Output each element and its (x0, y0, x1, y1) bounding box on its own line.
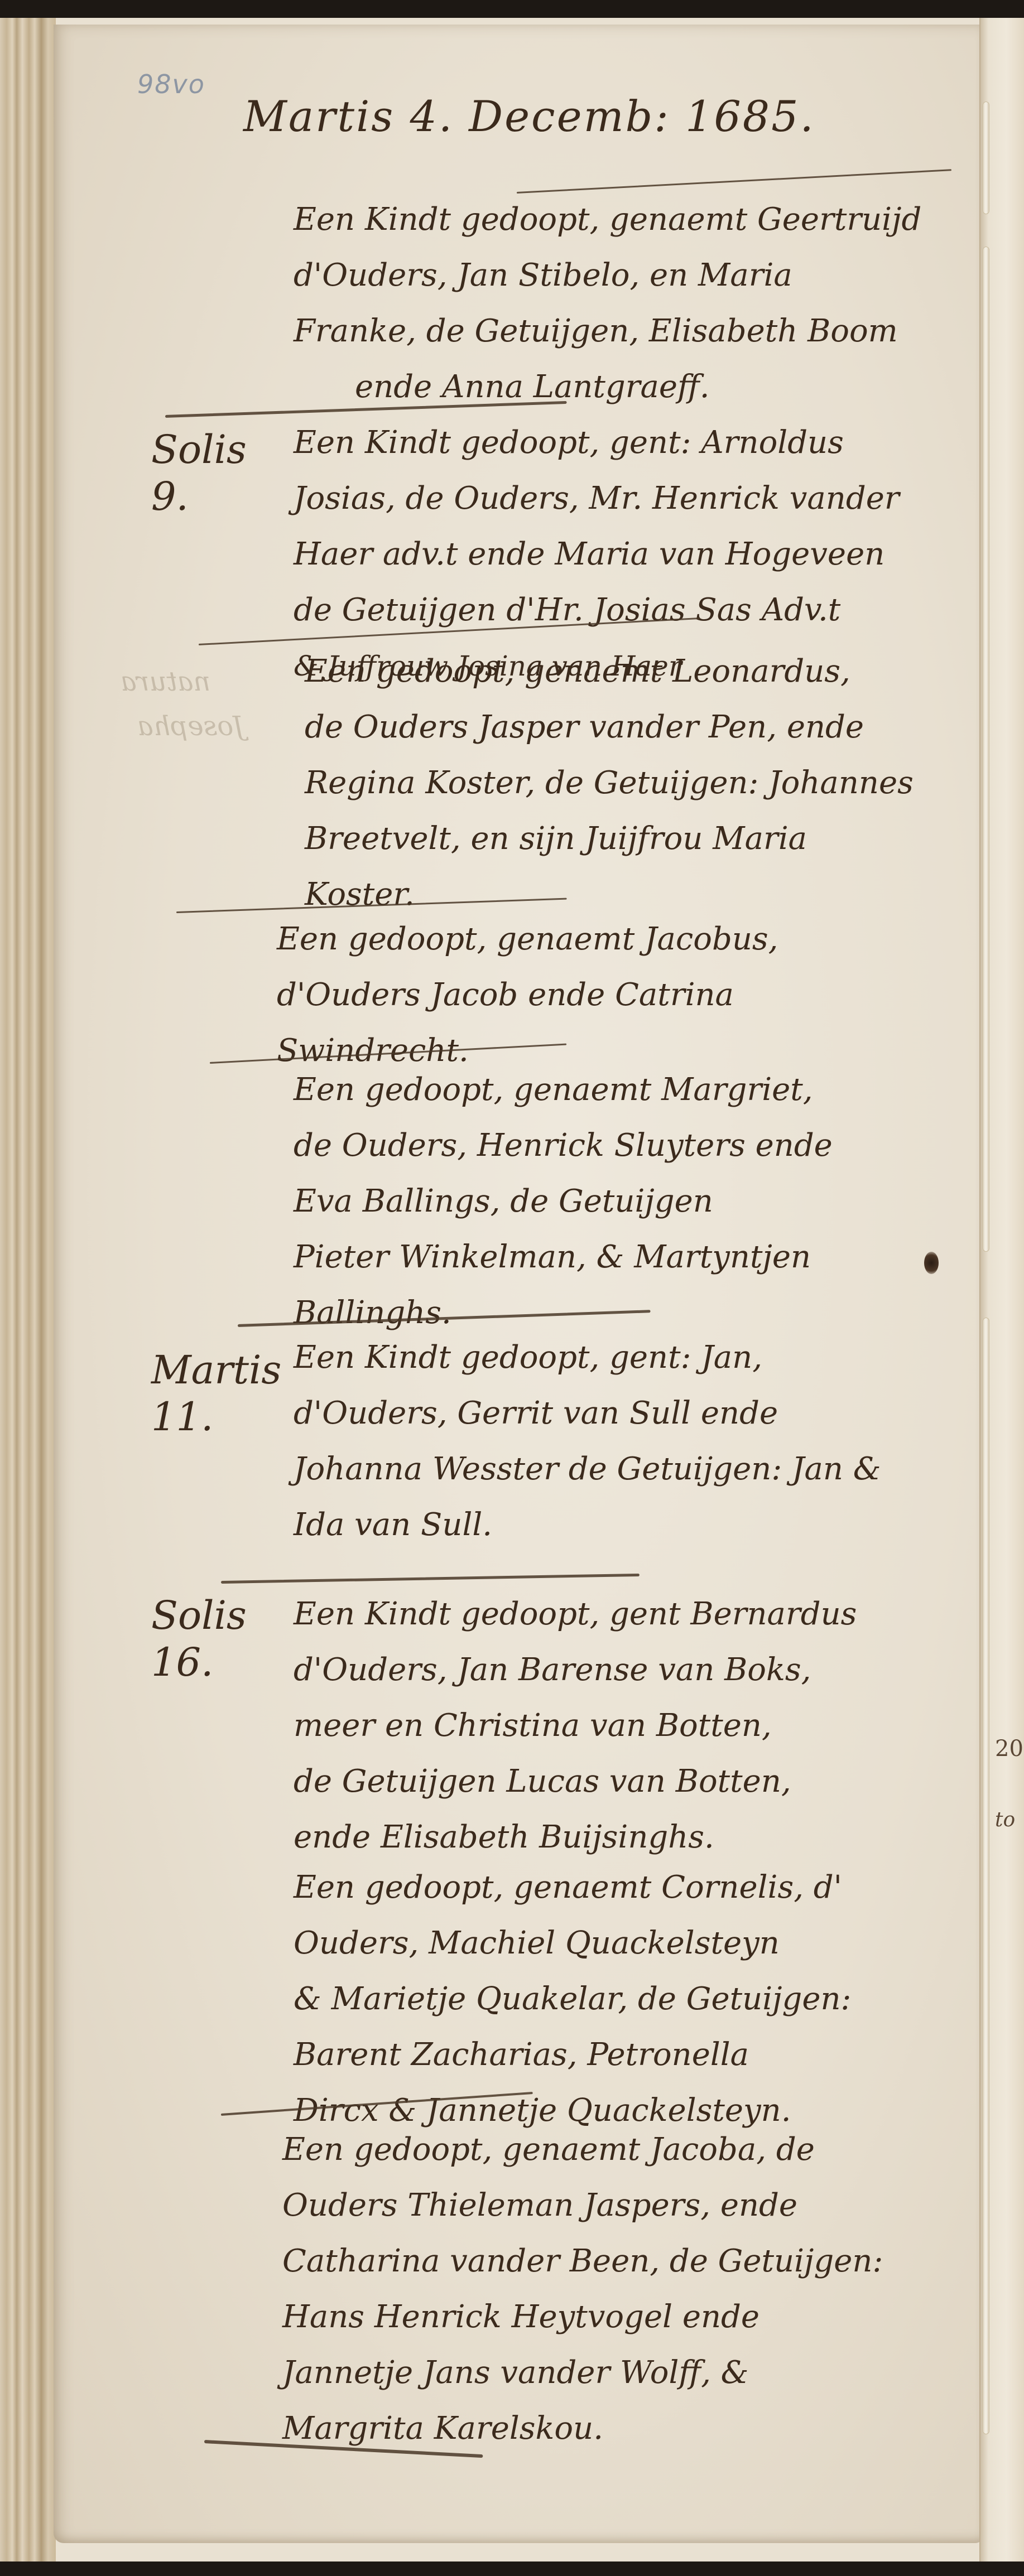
entry-line: d'Ouders, Jan Stibelo, en Maria (294, 248, 1019, 303)
entry-line: meer en Christina van Botten, (294, 1698, 1019, 1754)
page-heading: Martis 4. Decemb: 1685. (243, 91, 815, 141)
scan-frame: natura Josepha 98vo Martis 4. Decemb: 16… (0, 18, 1024, 2561)
entry-line: Een Kindt gedoopt, gent: Jan, (294, 1330, 1019, 1386)
entry-line: Ouders, Machiel Quackelsteyn (294, 1916, 1019, 1971)
entry-line: Johanna Wesster de Getuijgen: Jan & (294, 1441, 1019, 1497)
entry-line: Breetvelt, en sijn Juijfrou Maria (305, 811, 1024, 867)
entry-line: Eva Ballings, de Getuijgen (294, 1174, 1019, 1229)
entry-line: Een Kindt gedoopt, genaemt Geertruijd (294, 192, 1019, 248)
entry-line: Pieter Winkelman, & Martyntjen (294, 1229, 1019, 1285)
adjacent-page-fragment: 20 (995, 1736, 1023, 1762)
entry-text: Een gedoopt, genaemt Margriet, de Ouders… (294, 1062, 1019, 1341)
entry-line: d'Ouders Jacob ende Catrina (277, 967, 1002, 1023)
entry-line: Jannetje Jans vander Wolff, & (282, 2345, 1008, 2401)
entry-line: & Marietje Quakelar, de Getuijgen: (294, 1971, 1019, 2027)
ink-blot (924, 1252, 939, 1274)
page-stack-edge (0, 18, 56, 2561)
divider-rule (517, 169, 951, 194)
adjacent-page-fragment: to (995, 1808, 1015, 1831)
binding-stitch (983, 1318, 989, 2434)
entry-date: Solis 9. (151, 426, 285, 520)
entry-line: d'Ouders, Gerrit van Sull ende (294, 1386, 1019, 1441)
entry-text: Een Kindt gedoopt, gent: Jan, d'Ouders, … (294, 1330, 1019, 1553)
adjacent-page-edge: 20 to (979, 18, 1024, 2561)
entry-text: Een gedoopt, genaemt Cornelis, d' Ouders… (294, 1860, 1019, 2139)
divider-rule (221, 1574, 640, 1584)
entry-line: Regina Koster, de Getuijgen: Johannes (305, 755, 1024, 811)
entry-line: de Getuijgen d'Hr. Josias Sas Adv.t (294, 582, 1019, 638)
binding-stitch (983, 102, 989, 214)
entry-line: Margrita Karelskou. (282, 2401, 1008, 2457)
entry-text: Een Kindt gedoopt, genaemt Geertruijd d'… (294, 192, 1019, 415)
entry-date: Martis 11. (151, 1347, 241, 1440)
entry-line: Haer adv.t ende Maria van Hogeveen (294, 527, 1019, 582)
entry-line: Franke, de Getuijgen, Elisabeth Boom (294, 303, 1019, 359)
entry-line: Een gedoopt, genaemt Leonardus, (305, 644, 1024, 700)
entry-text: Een gedoopt, genaemt Leonardus, de Ouder… (305, 644, 1024, 923)
entry-line: Een gedoopt, genaemt Jacoba, de (282, 2122, 1008, 2178)
entry-line: Een Kindt gedoopt, gent Bernardus (294, 1586, 1019, 1642)
entry-line: de Getuijgen Lucas van Botten, (294, 1754, 1019, 1810)
entry-line: Hans Henrick Heytvogel ende (282, 2289, 1008, 2345)
bleed-through: natura (121, 666, 210, 697)
entry-line: d'Ouders, Jan Barense van Boks, (294, 1642, 1019, 1698)
entry-line: Een gedoopt, genaemt Jacobus, (277, 911, 1002, 967)
bleed-through: Josepha (137, 711, 244, 742)
entry-line: Een gedoopt, genaemt Margriet, (294, 1062, 1019, 1118)
entry-line: Ida van Sull. (294, 1497, 1019, 1553)
register-page: natura Josepha 98vo Martis 4. Decemb: 16… (54, 25, 983, 2543)
entry-line: Een Kindt gedoopt, gent: Arnoldus (294, 415, 1019, 471)
entry-line: de Ouders Jasper vander Pen, ende (305, 700, 1024, 755)
entry-date: Solis 16. (151, 1592, 285, 1686)
entry-line: Een gedoopt, genaemt Cornelis, d' (294, 1860, 1019, 1916)
binding-stitch (983, 247, 989, 1252)
entry-line: Josias, de Ouders, Mr. Henrick vander (294, 471, 1019, 527)
entry-text: Een Kindt gedoopt, gent Bernardus d'Oude… (294, 1586, 1019, 1865)
entry-text: Een gedoopt, genaemt Jacoba, de Ouders T… (282, 2122, 1008, 2457)
entry-line: de Ouders, Henrick Sluyters ende (294, 1118, 1019, 1174)
entry-line: Barent Zacharias, Petronella (294, 2027, 1019, 2083)
entry-line: ende Elisabeth Buijsinghs. (294, 1810, 1019, 1865)
entry-line: Catharina vander Been, de Getuijgen: (282, 2234, 1008, 2289)
entry-line: Ouders Thieleman Jaspers, ende (282, 2178, 1008, 2234)
folio-number: 98vo (137, 69, 205, 99)
